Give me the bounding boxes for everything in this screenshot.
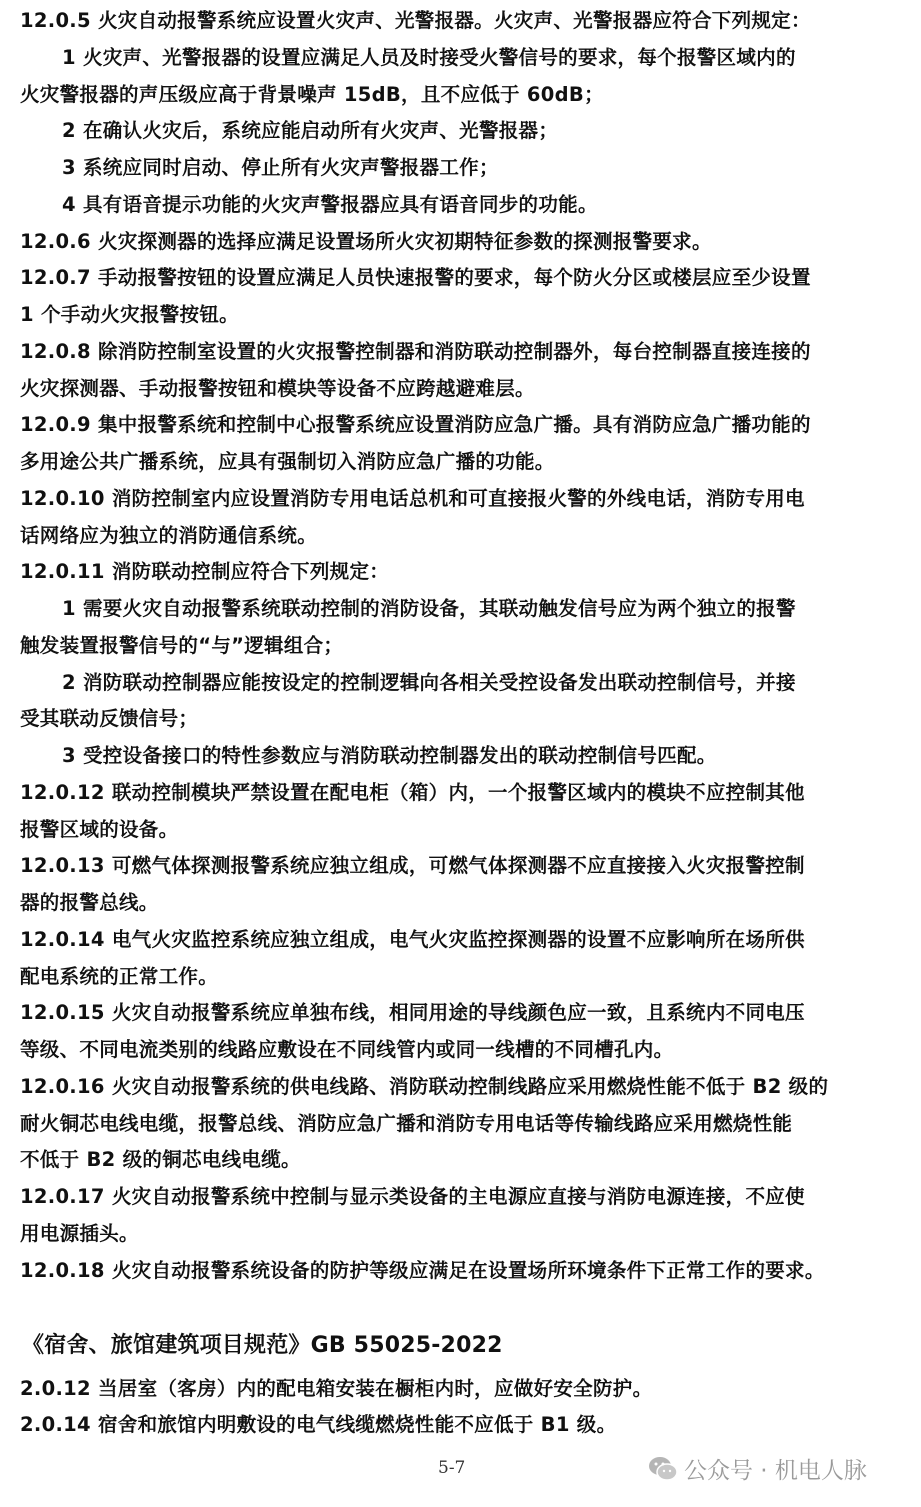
text-line: 12.0.17 火灾自动报警系统中控制与显示类设备的主电源应直接与消防电源连接，… (20, 1184, 805, 1210)
text-line: 受其联动反馈信号； (20, 706, 198, 732)
text-line: 多用途公共广播系统，应具有强制切入消防应急广播的功能。 (20, 449, 555, 475)
text-line: 配电系统的正常工作。 (20, 964, 218, 990)
text-line: 3 受控设备接口的特性参数应与消防联动控制器发出的联动控制信号匹配。 (62, 743, 717, 769)
text-line: 12.0.11 消防联动控制应符合下列规定： (20, 559, 389, 585)
text-line: 12.0.7 手动报警按钮的设置应满足人员快速报警的要求，每个防火分区或楼层应至… (20, 265, 811, 291)
text-line: 耐火铜芯电线电缆，报警总线、消防应急广播和消防专用电话等传输线路应采用燃烧性能 (20, 1111, 792, 1137)
text-line: 12.0.6 火灾探测器的选择应满足设置场所火灾初期特征参数的探测报警要求。 (20, 229, 712, 255)
text-line: 报警区域的设备。 (20, 817, 178, 843)
text-line: 火灾警报器的声压级应高于背景噪声 15dB，且不应低于 60dB； (20, 82, 604, 108)
text-line: 12.0.14 电气火灾监控系统应独立组成，电气火灾监控探测器的设置不应影响所在… (20, 927, 805, 953)
clause-2-0-12: 2.0.12 当居室（客房）内的配电箱安装在橱柜内时，应做好安全防护。 (20, 1376, 652, 1402)
text-line: 12.0.10 消防控制室内应设置消防专用电话总机和可直接报火警的外线电话，消防… (20, 486, 805, 512)
text-line: 12.0.9 集中报警系统和控制中心报警系统应设置消防应急广播。具有消防应急广播… (20, 412, 811, 438)
text-line: 4 具有语音提示功能的火灾声警报器应具有语音同步的功能。 (62, 192, 598, 218)
text-line: 1 需要火灾自动报警系统联动控制的消防设备，其联动触发信号应为两个独立的报警 (62, 596, 796, 622)
watermark-text: 公众号 · 机电人脉 (684, 1452, 867, 1485)
text-line: 等级、不同电流类别的线路应敷设在不同线管内或同一线槽的不同槽孔内。 (20, 1037, 673, 1063)
text-line: 用电源插头。 (20, 1221, 139, 1247)
text-line: 触发装置报警信号的“与”逻辑组合； (20, 633, 343, 659)
text-line: 12.0.16 火灾自动报警系统的供电线路、消防联动控制线路应采用燃烧性能不低于… (20, 1074, 828, 1100)
text-line: 1 个手动火灾报警按钮。 (20, 302, 239, 328)
text-line: 不低于 B2 级的铜芯电线电缆。 (20, 1147, 301, 1173)
text-line: 2 在确认火灾后，系统应能启动所有火灾声、光警报器； (62, 118, 558, 144)
text-line: 12.0.15 火灾自动报警系统应单独布线，相同用途的导线颜色应一致，且系统内不… (20, 1000, 805, 1026)
text-line: 12.0.8 除消防控制室设置的火灾报警控制器和消防联动控制器外，每台控制器直接… (20, 339, 811, 365)
text-line: 1 火灾声、光警报器的设置应满足人员及时接受火警信号的要求，每个报警区域内的 (62, 45, 796, 71)
clause-2-0-14: 2.0.14 宿舍和旅馆内明敷设的电气线缆燃烧性能不应低于 B1 级。 (20, 1412, 616, 1438)
text-line: 话网络应为独立的消防通信系统。 (20, 523, 317, 549)
page-number: 5-7 (438, 1458, 465, 1478)
wechat-icon (648, 1455, 678, 1483)
text-line: 12.0.13 可燃气体探测报警系统应独立组成，可燃气体探测器不应直接接入火灾报… (20, 853, 805, 879)
text-line: 12.0.12 联动控制模块严禁设置在配电柜（箱）内，一个报警区域内的模块不应控… (20, 780, 805, 806)
text-line: 12.0.18 火灾自动报警系统设备的防护等级应满足在设置场所环境条件下正常工作… (20, 1258, 825, 1284)
section-heading: 《宿舍、旅馆建筑项目规范》GB 55025-2022 (22, 1328, 503, 1359)
text-line: 12.0.5 火灾自动报警系统应设置火灾声、光警报器。火灾声、光警报器应符合下列… (20, 8, 811, 34)
text-line: 2 消防联动控制器应能按设定的控制逻辑向各相关受控设备发出联动控制信号，并接 (62, 670, 796, 696)
text-line: 器的报警总线。 (20, 890, 159, 916)
text-line: 火灾探测器、手动报警按钮和模块等设备不应跨越避难层。 (20, 376, 535, 402)
text-line: 3 系统应同时启动、停止所有火灾声警报器工作； (62, 155, 499, 181)
watermark: 公众号 · 机电人脉 (648, 1452, 867, 1485)
